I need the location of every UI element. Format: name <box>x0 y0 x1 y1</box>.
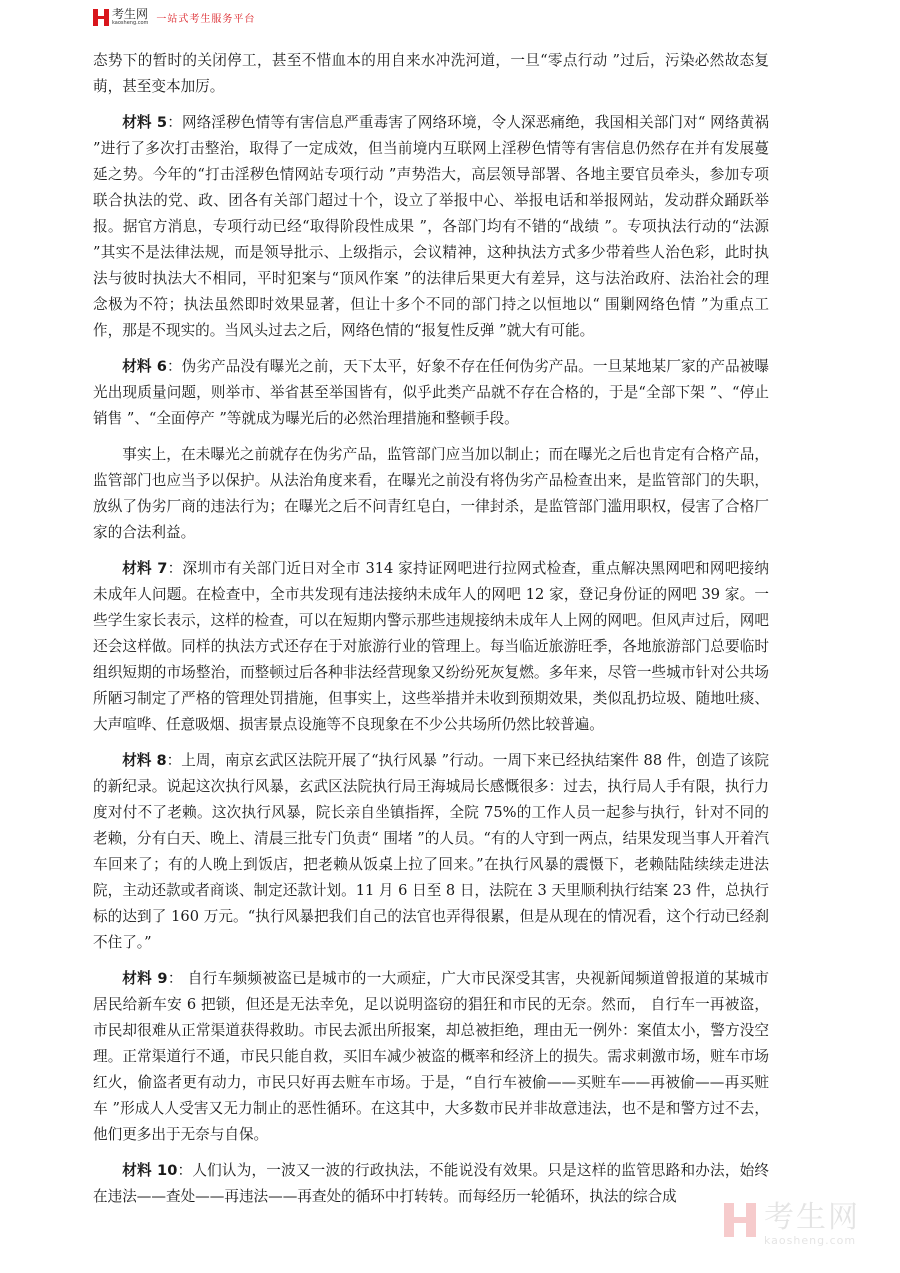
paragraph-material-9: 材料 9： 自行车频频被盗已是城市的一大顽症，广大市民深受其害，央视新闻频道曾报… <box>93 966 769 1148</box>
kaosheng-watermark-icon <box>724 1203 756 1237</box>
page-header: 考生网 kaosheng.com 一站式考生服务平台 <box>93 6 255 28</box>
paragraph: 态势下的暂时的关闭停工，甚至不惜血本的用自来水冲洗河道，一旦“零点行动 ”过后，… <box>93 48 769 100</box>
paragraph-material-10: 材料 10：人们认为，一波又一波的行政执法，不能说没有效果。只是这样的监管思路和… <box>93 1158 769 1210</box>
watermark-text: 考生网 kaosheng.com <box>764 1203 860 1246</box>
material-label: 材料 5 <box>122 114 167 131</box>
logo-domain: kaosheng.com <box>112 21 148 26</box>
paragraph-text: ：深圳市有关部门近日对全市 314 家持证网吧进行拉网式检查，重点解决黑网吧和网… <box>93 560 769 733</box>
paragraph-text: ：人们认为，一波又一波的行政执法，不能说没有效果。只是这样的监管思路和办法，始终… <box>93 1162 769 1205</box>
paragraph-material-6: 材料 6：伪劣产品没有曝光之前，天下太平，好象不存在任何伪劣产品。一旦某地某厂家… <box>93 354 769 432</box>
paragraph-text: ：上周，南京玄武区法院开展了“执行风暴 ”行动。一周下来已经执结案件 88 件，… <box>93 752 769 951</box>
paragraph-text: 事实上，在未曝光之前就存在伪劣产品，监管部门应当加以制止；而在曝光之后也肯定有合… <box>93 446 769 541</box>
slogan: 一站式考生服务平台 <box>156 10 255 25</box>
paragraph-material-5: 材料 5：网络淫秽色情等有害信息严重毒害了网络环境，令人深恶痛绝，我国相关部门对… <box>93 110 769 344</box>
material-label: 材料 6 <box>122 358 167 375</box>
document-body: 态势下的暂时的关闭停工，甚至不惜血本的用自来水冲洗河道，一旦“零点行动 ”过后，… <box>93 48 769 1220</box>
material-label: 材料 9 <box>122 970 167 987</box>
kaosheng-logo-icon <box>93 9 109 26</box>
paragraph-text: 态势下的暂时的关闭停工，甚至不惜血本的用自来水冲洗河道，一旦“零点行动 ”过后，… <box>93 52 769 95</box>
paragraph-text: ： 自行车频频被盗已是城市的一大顽症，广大市民深受其害，央视新闻频道曾报道的某城… <box>93 970 769 1143</box>
paragraph-material-8: 材料 8：上周，南京玄武区法院开展了“执行风暴 ”行动。一周下来已经执结案件 8… <box>93 748 769 956</box>
paragraph-material-7: 材料 7：深圳市有关部门近日对全市 314 家持证网吧进行拉网式检查，重点解决黑… <box>93 556 769 738</box>
material-label: 材料 10 <box>122 1162 177 1179</box>
material-label: 材料 8 <box>122 752 166 769</box>
watermark-domain: kaosheng.com <box>764 1235 860 1246</box>
paragraph: 事实上，在未曝光之前就存在伪劣产品，监管部门应当加以制止；而在曝光之后也肯定有合… <box>93 442 769 546</box>
paragraph-text: ：网络淫秽色情等有害信息严重毒害了网络环境，令人深恶痛绝，我国相关部门对“ 网络… <box>93 114 769 339</box>
logo-chinese: 考生网 <box>112 8 148 20</box>
material-label: 材料 7 <box>122 560 167 577</box>
watermark-chinese: 考生网 <box>764 1203 860 1233</box>
watermark: 考生网 kaosheng.com <box>724 1203 860 1246</box>
logo-text: 考生网 kaosheng.com <box>112 8 148 26</box>
paragraph-text: ：伪劣产品没有曝光之前，天下太平，好象不存在任何伪劣产品。一旦某地某厂家的产品被… <box>93 358 769 427</box>
